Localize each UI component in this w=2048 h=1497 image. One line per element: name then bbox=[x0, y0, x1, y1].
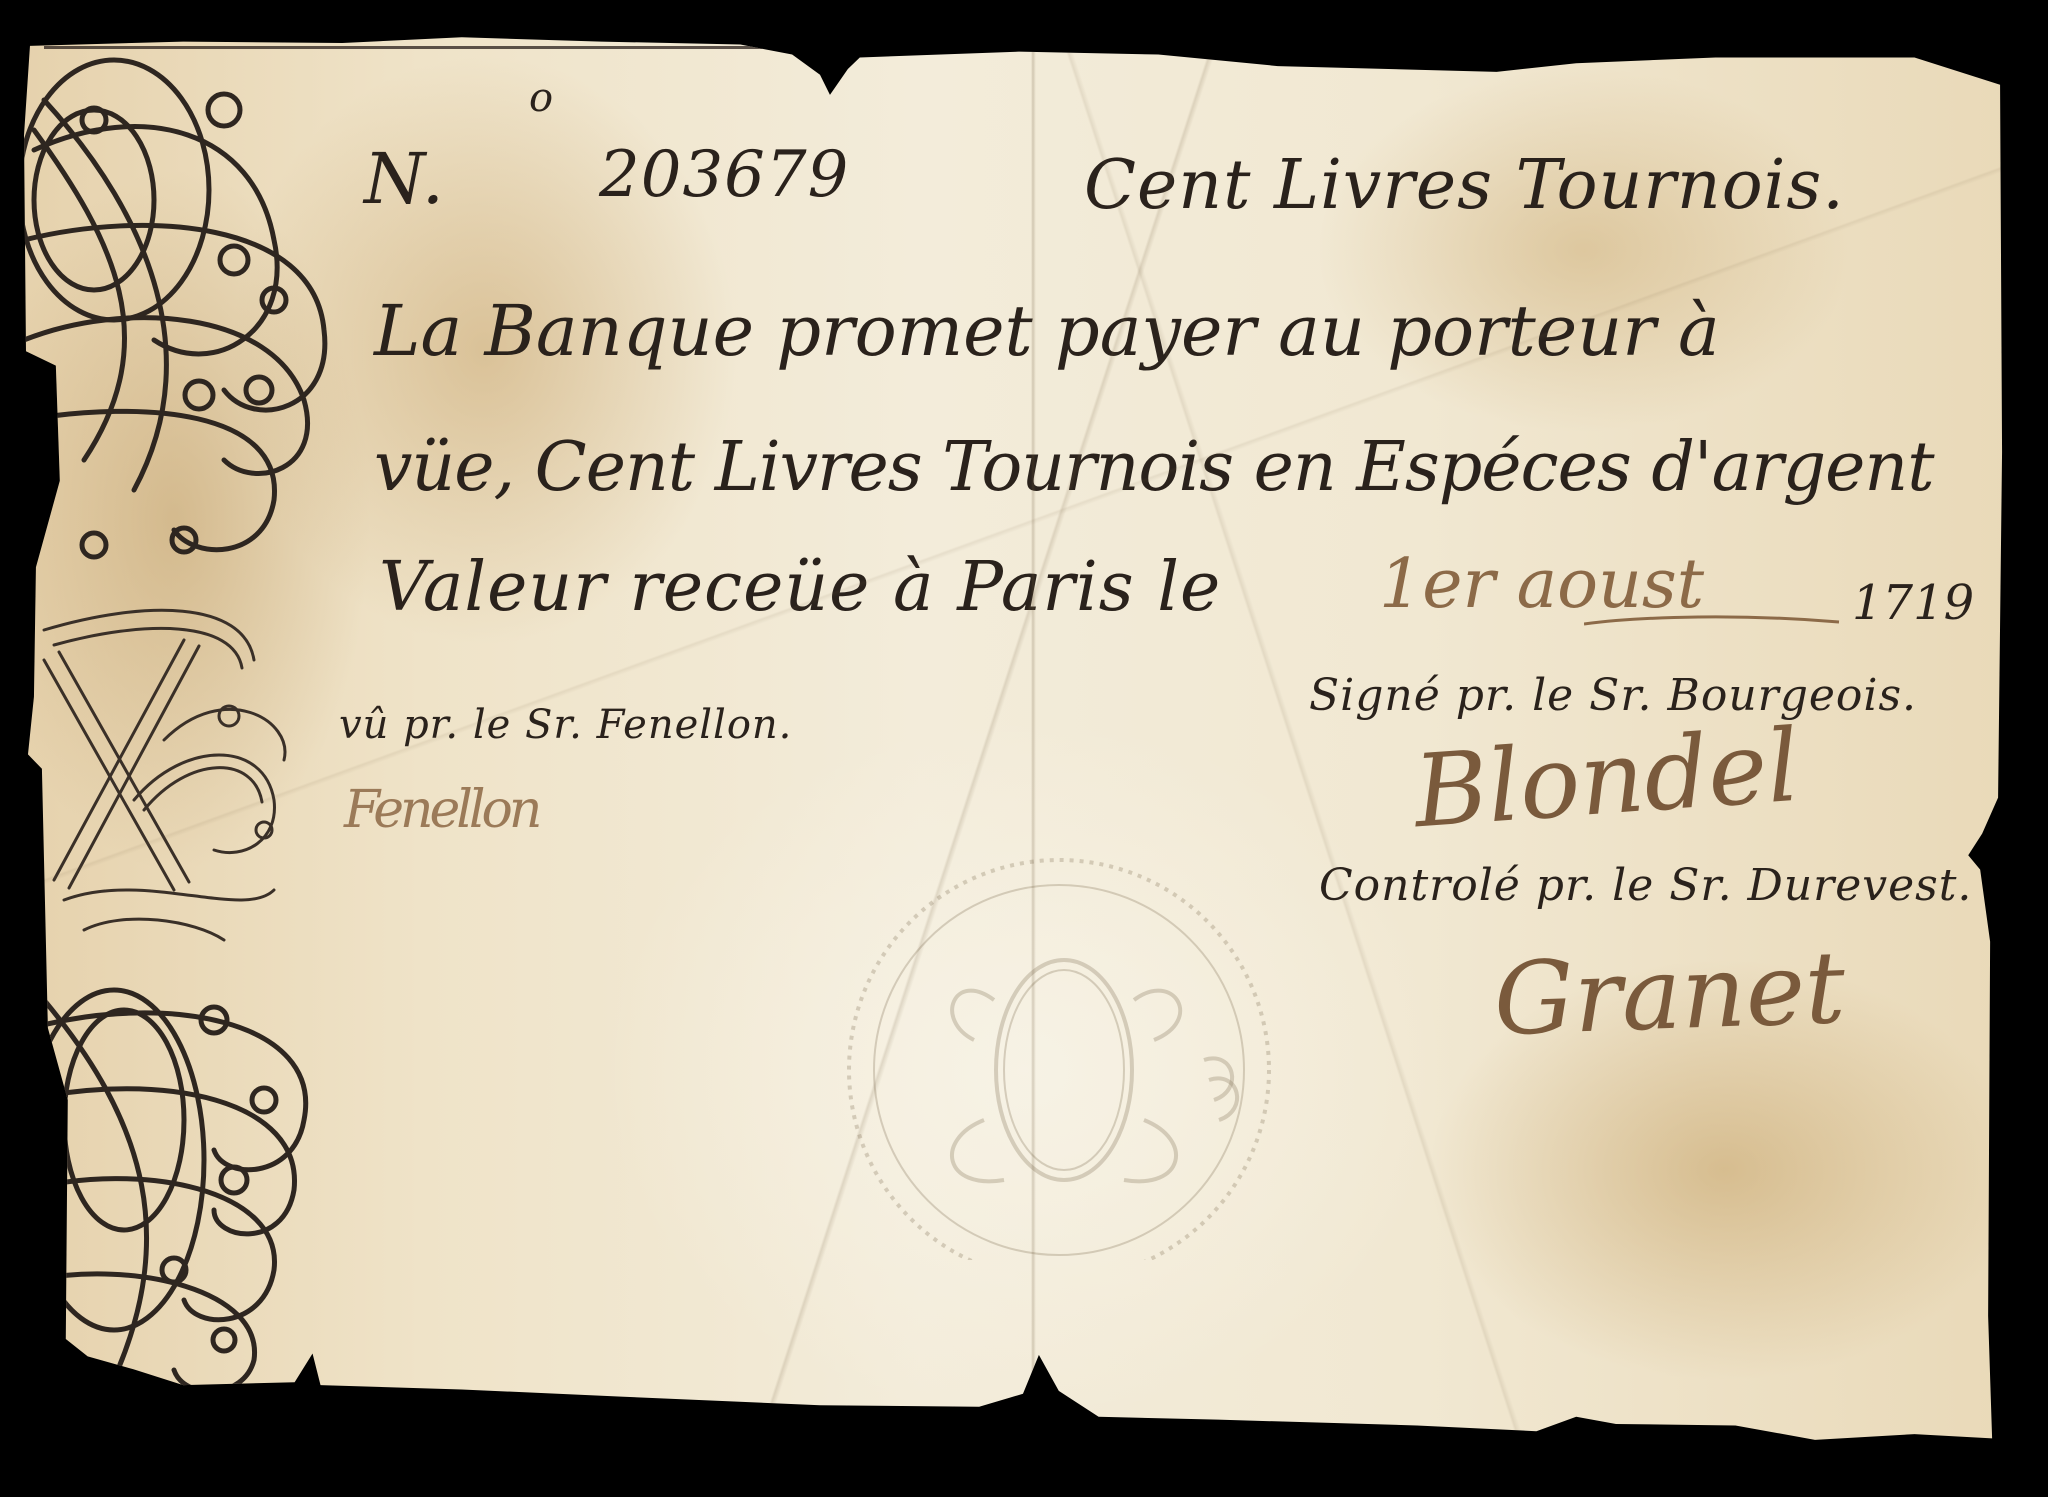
value-received-line: Valeur receüe à Paris le bbox=[379, 548, 1221, 627]
promise-line-1: La Banque promet payer au porteur à bbox=[374, 290, 1720, 372]
banknote-paper: N. o 203679 Cent Livres Tournois. La Ban… bbox=[24, 20, 2014, 1460]
controlled-signature: Granet bbox=[1492, 929, 1847, 1058]
promise-line-2: vüe, Cent Livres Tournois en Espéces d'a… bbox=[374, 428, 1934, 507]
number-prefix: N. bbox=[364, 138, 445, 220]
embossed-seal-icon bbox=[814, 820, 1304, 1260]
verified-by-label: vû pr. le Sr. Fenellon. bbox=[339, 702, 792, 748]
seal-embossed-text: BANQUE bbox=[24, 20, 25, 21]
document-stage: N. o 203679 Cent Livres Tournois. La Ban… bbox=[0, 0, 2048, 1497]
signed-signature: Blondel bbox=[1410, 707, 1802, 851]
issue-year: 1719 bbox=[1852, 575, 1974, 631]
denomination-title: Cent Livres Tournois. bbox=[1084, 146, 1845, 225]
calligraphic-border-ornament bbox=[24, 40, 354, 1440]
date-underline-flourish bbox=[1584, 612, 1844, 632]
verified-signature-mark: Fenellon bbox=[344, 780, 538, 840]
serial-number: 203679 bbox=[599, 138, 849, 212]
controlled-by-label: Controlé pr. le Sr. Durevest. bbox=[1319, 860, 1972, 911]
signed-by-label: Signé pr. le Sr. Bourgeois. bbox=[1309, 670, 1917, 721]
number-superscript: o bbox=[529, 75, 553, 121]
